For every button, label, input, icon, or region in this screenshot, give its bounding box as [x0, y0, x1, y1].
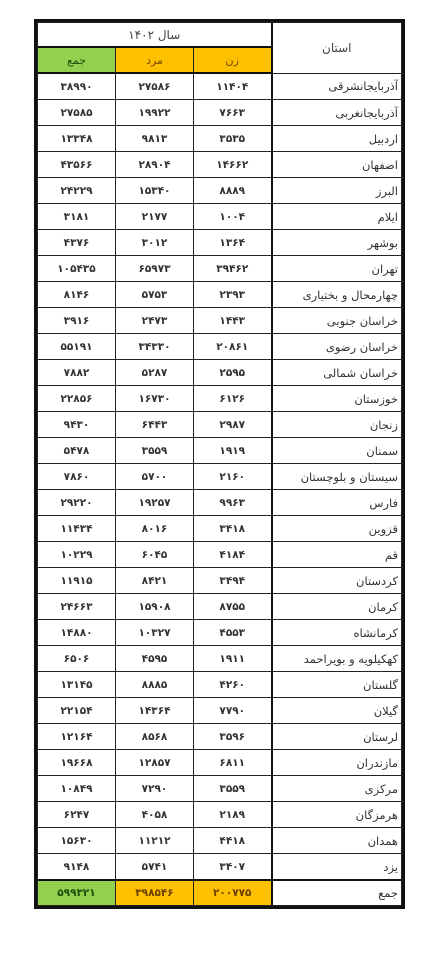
table-row: ایلام۱۰۰۴۲۱۷۷۳۱۸۱: [38, 204, 402, 230]
table-row: همدان۴۴۱۸۱۱۲۱۲۱۵۶۳۰: [38, 828, 402, 854]
women-cell: ۳۴۱۸: [194, 516, 272, 542]
table-row: البرز۸۸۸۹۱۵۳۴۰۲۴۲۲۹: [38, 178, 402, 204]
total-cell: ۹۱۴۸: [38, 854, 116, 881]
province-cell: البرز: [272, 178, 402, 204]
province-cell: مازندران: [272, 750, 402, 776]
province-cell: اردبیل: [272, 126, 402, 152]
men-cell: ۱۱۲۱۲: [116, 828, 194, 854]
men-cell: ۳۵۵۹: [116, 438, 194, 464]
table-row: آذربایجانشرقی۱۱۴۰۴۲۷۵۸۶۳۸۹۹۰: [38, 73, 402, 100]
women-cell: ۲۳۹۳: [194, 282, 272, 308]
men-cell: ۱۲۸۵۷: [116, 750, 194, 776]
men-cell: ۳۰۱۲: [116, 230, 194, 256]
men-cell: ۹۸۱۳: [116, 126, 194, 152]
men-cell: ۲۱۷۷: [116, 204, 194, 230]
province-cell: سیستان و بلوچستان: [272, 464, 402, 490]
table-row: تهران۳۹۴۶۲۶۵۹۷۳۱۰۵۴۳۵: [38, 256, 402, 282]
total-cell: ۵۵۱۹۱: [38, 334, 116, 360]
table-row: لرستان۳۵۹۶۸۵۶۸۱۲۱۶۴: [38, 724, 402, 750]
women-cell: ۸۸۸۹: [194, 178, 272, 204]
province-cell: یزد: [272, 854, 402, 881]
table-row: خوزستان۶۱۲۶۱۶۷۳۰۲۲۸۵۶: [38, 386, 402, 412]
men-cell: ۱۶۷۳۰: [116, 386, 194, 412]
women-cell: ۱۴۶۶۲: [194, 152, 272, 178]
total-men: ۳۹۸۵۴۶: [116, 880, 194, 906]
women-cell: ۳۴۰۷: [194, 854, 272, 881]
men-cell: ۵۷۴۱: [116, 854, 194, 881]
total-cell: ۷۸۶۰: [38, 464, 116, 490]
women-cell: ۳۴۹۴: [194, 568, 272, 594]
men-cell: ۶۰۴۵: [116, 542, 194, 568]
total-cell: ۲۴۲۲۹: [38, 178, 116, 204]
women-cell: ۷۷۹۰: [194, 698, 272, 724]
men-cell: ۵۷۵۳: [116, 282, 194, 308]
men-cell: ۶۵۹۷۳: [116, 256, 194, 282]
total-cell: ۳۹۱۶: [38, 308, 116, 334]
total-row: جمع ۲۰۰۷۷۵ ۳۹۸۵۴۶ ۵۹۹۳۲۱: [38, 880, 402, 906]
table-row: چهارمحال و بختیاری۲۳۹۳۵۷۵۳۸۱۴۶: [38, 282, 402, 308]
province-cell: کرمان: [272, 594, 402, 620]
men-cell: ۱۹۲۵۷: [116, 490, 194, 516]
men-cell: ۷۲۹۰: [116, 776, 194, 802]
table-row: بوشهر۱۳۶۴۳۰۱۲۴۳۷۶: [38, 230, 402, 256]
men-cell: ۳۴۳۳۰: [116, 334, 194, 360]
province-cell: آذربایجانشرقی: [272, 73, 402, 100]
men-cell: ۲۴۷۳: [116, 308, 194, 334]
table-row: زنجان۲۹۸۷۶۴۴۳۹۴۳۰: [38, 412, 402, 438]
table-row: اصفهان۱۴۶۶۲۲۸۹۰۴۴۳۵۶۶: [38, 152, 402, 178]
women-cell: ۴۲۶۰: [194, 672, 272, 698]
women-cell: ۲۰۸۶۱: [194, 334, 272, 360]
province-cell: قزوین: [272, 516, 402, 542]
table-row: فارس۹۹۶۳۱۹۲۵۷۲۹۲۲۰: [38, 490, 402, 516]
province-cell: زنجان: [272, 412, 402, 438]
table-row: کردستان۳۴۹۴۸۴۲۱۱۱۹۱۵: [38, 568, 402, 594]
men-cell: ۱۵۹۰۸: [116, 594, 194, 620]
men-cell: ۶۴۴۳: [116, 412, 194, 438]
women-cell: ۴۴۱۸: [194, 828, 272, 854]
total-cell: ۷۸۸۲: [38, 360, 116, 386]
province-cell: خراسان رضوی: [272, 334, 402, 360]
province-cell: فارس: [272, 490, 402, 516]
women-cell: ۳۵۹۶: [194, 724, 272, 750]
table-row: قزوین۳۴۱۸۸۰۱۶۱۱۴۳۴: [38, 516, 402, 542]
table-row: خراسان جنوبی۱۴۴۳۲۴۷۳۳۹۱۶: [38, 308, 402, 334]
table-row: قم۴۱۸۴۶۰۴۵۱۰۲۲۹: [38, 542, 402, 568]
total-column-header: جمع: [38, 47, 116, 73]
province-cell: خراسان شمالی: [272, 360, 402, 386]
total-cell: ۱۰۵۴۳۵: [38, 256, 116, 282]
women-cell: ۲۹۸۷: [194, 412, 272, 438]
table-row: اردبیل۳۵۳۵۹۸۱۳۱۳۳۴۸: [38, 126, 402, 152]
table-row: هرمزگان۲۱۸۹۴۰۵۸۶۲۴۷: [38, 802, 402, 828]
table-row: مازندران۶۸۱۱۱۲۸۵۷۱۹۶۶۸: [38, 750, 402, 776]
province-cell: ایلام: [272, 204, 402, 230]
total-row-label: جمع: [272, 880, 402, 906]
men-cell: ۱۵۳۴۰: [116, 178, 194, 204]
total-cell: ۶۲۴۷: [38, 802, 116, 828]
total-cell: ۱۹۶۶۸: [38, 750, 116, 776]
total-cell: ۱۱۴۳۴: [38, 516, 116, 542]
women-cell: ۲۵۹۵: [194, 360, 272, 386]
table-row: سمنان۱۹۱۹۳۵۵۹۵۴۷۸: [38, 438, 402, 464]
year-header: سال ۱۴۰۲: [38, 23, 272, 48]
province-cell: هرمزگان: [272, 802, 402, 828]
province-cell: قم: [272, 542, 402, 568]
total-cell: ۴۳۵۶۶: [38, 152, 116, 178]
table-row: کرمان۸۷۵۵۱۵۹۰۸۲۴۶۶۳: [38, 594, 402, 620]
province-cell: گلستان: [272, 672, 402, 698]
province-statistics-table: استان سال ۱۴۰۲ زن مرد جمع آذربایجانشرقی۱…: [34, 19, 405, 909]
table-row: یزد۳۴۰۷۵۷۴۱۹۱۴۸: [38, 854, 402, 881]
total-cell: ۳۱۸۱: [38, 204, 116, 230]
women-cell: ۱۴۴۳: [194, 308, 272, 334]
province-cell: اصفهان: [272, 152, 402, 178]
total-cell: ۱۳۳۴۸: [38, 126, 116, 152]
total-cell: ۵۴۷۸: [38, 438, 116, 464]
women-cell: ۶۱۲۶: [194, 386, 272, 412]
table-row: کهکیلویه و بویراحمد۱۹۱۱۴۵۹۵۶۵۰۶: [38, 646, 402, 672]
province-cell: بوشهر: [272, 230, 402, 256]
table-row: گیلان۷۷۹۰۱۴۳۶۴۲۲۱۵۴: [38, 698, 402, 724]
women-cell: ۱۹۱۱: [194, 646, 272, 672]
women-cell: ۲۱۸۹: [194, 802, 272, 828]
table-row: کرمانشاه۴۵۵۳۱۰۳۲۷۱۴۸۸۰: [38, 620, 402, 646]
men-cell: ۸۴۲۱: [116, 568, 194, 594]
women-cell: ۷۶۶۳: [194, 100, 272, 126]
total-cell: ۲۷۵۸۵: [38, 100, 116, 126]
table-row: خراسان شمالی۲۵۹۵۵۲۸۷۷۸۸۲: [38, 360, 402, 386]
total-cell: ۱۰۸۴۹: [38, 776, 116, 802]
women-cell: ۱۳۶۴: [194, 230, 272, 256]
province-cell: تهران: [272, 256, 402, 282]
province-cell: لرستان: [272, 724, 402, 750]
total-cell: ۶۵۰۶: [38, 646, 116, 672]
men-cell: ۸۰۱۶: [116, 516, 194, 542]
women-cell: ۹۹۶۳: [194, 490, 272, 516]
men-cell: ۱۹۹۲۲: [116, 100, 194, 126]
table-row: آذربایجانغربی۷۶۶۳۱۹۹۲۲۲۷۵۸۵: [38, 100, 402, 126]
women-column-header: زن: [194, 47, 272, 73]
women-cell: ۳۵۵۹: [194, 776, 272, 802]
table-body: آذربایجانشرقی۱۱۴۰۴۲۷۵۸۶۳۸۹۹۰آذربایجانغرب…: [38, 73, 402, 880]
total-cell: ۲۲۸۵۶: [38, 386, 116, 412]
province-cell: کرمانشاه: [272, 620, 402, 646]
province-cell: چهارمحال و بختیاری: [272, 282, 402, 308]
total-cell: ۱۰۲۲۹: [38, 542, 116, 568]
province-cell: کهکیلویه و بویراحمد: [272, 646, 402, 672]
women-cell: ۸۷۵۵: [194, 594, 272, 620]
total-cell: ۱۵۶۳۰: [38, 828, 116, 854]
women-cell: ۱۱۴۰۴: [194, 73, 272, 100]
men-cell: ۸۵۶۸: [116, 724, 194, 750]
total-cell: ۲۴۶۶۳: [38, 594, 116, 620]
province-cell: مرکزی: [272, 776, 402, 802]
men-column-header: مرد: [116, 47, 194, 73]
province-cell: همدان: [272, 828, 402, 854]
total-cell: ۱۱۹۱۵: [38, 568, 116, 594]
women-cell: ۴۱۸۴: [194, 542, 272, 568]
women-cell: ۱۹۱۹: [194, 438, 272, 464]
grand-total: ۵۹۹۳۲۱: [38, 880, 116, 906]
table-row: مرکزی۳۵۵۹۷۲۹۰۱۰۸۴۹: [38, 776, 402, 802]
men-cell: ۱۰۳۲۷: [116, 620, 194, 646]
women-cell: ۶۸۱۱: [194, 750, 272, 776]
women-cell: ۱۰۰۴: [194, 204, 272, 230]
total-cell: ۴۳۷۶: [38, 230, 116, 256]
total-cell: ۹۴۳۰: [38, 412, 116, 438]
total-cell: ۱۲۱۶۴: [38, 724, 116, 750]
men-cell: ۸۸۸۵: [116, 672, 194, 698]
total-cell: ۲۹۲۲۰: [38, 490, 116, 516]
men-cell: ۲۷۵۸۶: [116, 73, 194, 100]
women-cell: ۳۵۳۵: [194, 126, 272, 152]
women-cell: ۳۹۴۶۲: [194, 256, 272, 282]
men-cell: ۴۵۹۵: [116, 646, 194, 672]
total-cell: ۳۸۹۹۰: [38, 73, 116, 100]
table-row: گلستان۴۲۶۰۸۸۸۵۱۳۱۴۵: [38, 672, 402, 698]
total-cell: ۱۴۸۸۰: [38, 620, 116, 646]
total-cell: ۲۲۱۵۴: [38, 698, 116, 724]
province-cell: گیلان: [272, 698, 402, 724]
total-cell: ۱۳۱۴۵: [38, 672, 116, 698]
men-cell: ۲۸۹۰۴: [116, 152, 194, 178]
table-row: خراسان رضوی۲۰۸۶۱۳۴۳۳۰۵۵۱۹۱: [38, 334, 402, 360]
table-row: سیستان و بلوچستان۲۱۶۰۵۷۰۰۷۸۶۰: [38, 464, 402, 490]
province-column-header: استان: [272, 23, 402, 74]
province-cell: خوزستان: [272, 386, 402, 412]
total-women: ۲۰۰۷۷۵: [194, 880, 272, 906]
men-cell: ۴۰۵۸: [116, 802, 194, 828]
province-cell: آذربایجانغربی: [272, 100, 402, 126]
women-cell: ۴۵۵۳: [194, 620, 272, 646]
total-cell: ۸۱۴۶: [38, 282, 116, 308]
province-cell: کردستان: [272, 568, 402, 594]
men-cell: ۵۲۸۷: [116, 360, 194, 386]
men-cell: ۱۴۳۶۴: [116, 698, 194, 724]
men-cell: ۵۷۰۰: [116, 464, 194, 490]
women-cell: ۲۱۶۰: [194, 464, 272, 490]
province-cell: خراسان جنوبی: [272, 308, 402, 334]
province-cell: سمنان: [272, 438, 402, 464]
